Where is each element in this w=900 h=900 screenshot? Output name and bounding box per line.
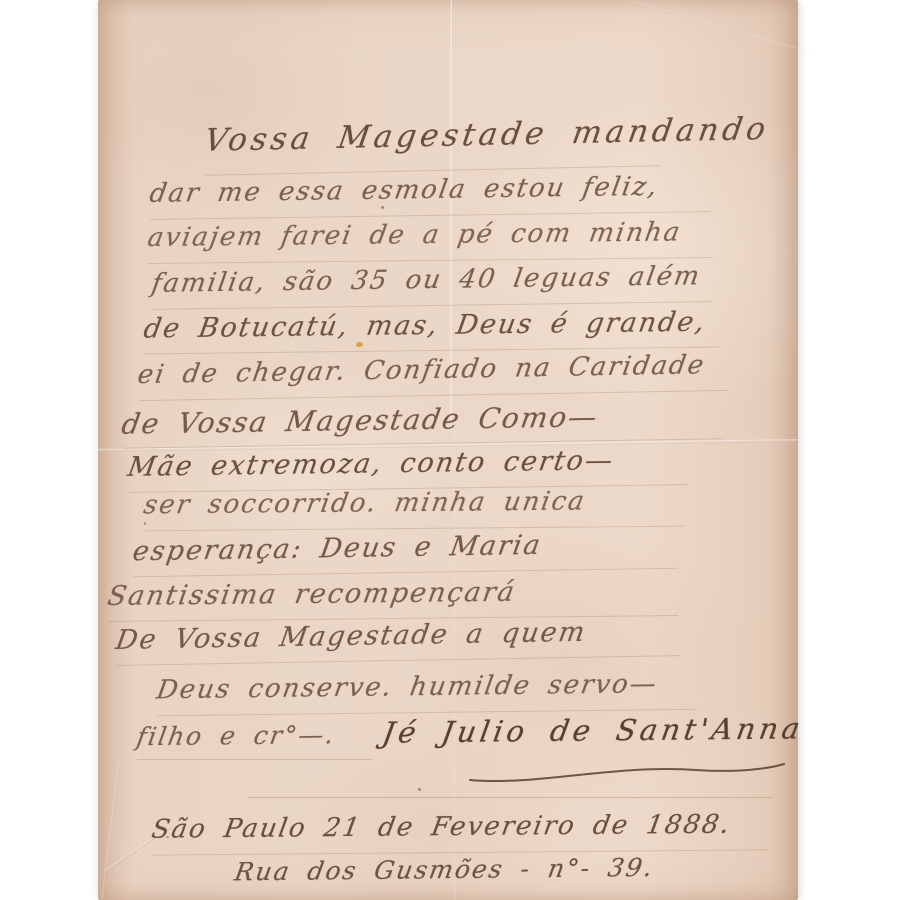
handwriting-text: ser soccorrido. minha unica [141, 486, 588, 520]
handwriting-line: esperança: Deus e Maria [133, 528, 679, 578]
handwriting-text: De Vossa Magestade a quem [113, 617, 588, 656]
handwriting-line: familia, são 35 ou 40 leguas além [152, 261, 713, 310]
handwriting-line: De Vossa Magestade a quem [116, 615, 682, 666]
handwriting-line: ei de chegar. Confiado na Caridade [138, 350, 729, 401]
handwriting-line: aviajem farei de a pé com minha [148, 217, 713, 264]
ruled-guide-line [137, 759, 372, 760]
handwriting-text: esperança: Deus e Maria [130, 530, 544, 568]
handwriting-line: dar me essa esmola estou feliz, [150, 171, 711, 220]
handwriting-text: ei de chegar. Confiado na Caridade [136, 350, 708, 390]
letter-paper: Vossa Magestade mandando dar me essa esm… [98, 0, 798, 900]
handwriting-line: ser soccorrido. minha unica [144, 486, 684, 532]
handwriting-text: dar me essa esmola estou feliz, [148, 172, 661, 209]
scanned-letter-photo: Vossa Magestade mandando dar me essa esm… [0, 0, 900, 900]
address-text: Rua dos Gusmões - n°- 39. [233, 853, 657, 886]
diagonal-crease [573, 0, 814, 54]
closing-text: filho e cr°—. [135, 720, 338, 751]
address-line: Rua dos Gusmões - n°- 39. [235, 853, 680, 896]
handwriting-line: de Vossa Magestade Como— [122, 398, 723, 448]
edge-crease [101, 758, 120, 899]
closing-and-signature-line: filho e cr°—.Jé Julio de Sant'Anna [137, 712, 757, 760]
handwriting-line: Santissima recompençará [108, 575, 678, 622]
date-text: São Paulo 21 de Fevereiro de 1888. [149, 810, 733, 845]
handwriting-text: de Botucatú, mas, Deus é grande, [141, 307, 708, 345]
signature-flourish [466, 760, 788, 786]
handwriting-text: aviajem farei de a pé com minha [145, 217, 683, 253]
signature: Jé Julio de Sant'Anna [381, 711, 807, 749]
ruled-guide-line [248, 797, 773, 798]
handwriting-line: Deus conserve. humilde servo— [157, 669, 697, 717]
handwriting-text: Vossa Magestade mandando [202, 111, 772, 159]
handwriting-text: familia, são 35 ou 40 leguas além [150, 261, 704, 299]
handwriting-text: de Vossa Magestade Como— [119, 400, 601, 441]
paper-speck [418, 788, 421, 791]
handwriting-line: Vossa Magestade mandando [204, 113, 660, 176]
date-line: São Paulo 21 de Fevereiro de 1888. [152, 809, 768, 855]
handwriting-text: Deus conserve. humilde servo— [154, 669, 660, 705]
handwriting-text: Mãe extremoza, conto certo— [125, 445, 616, 483]
handwriting-line: de Botucatú, mas, Deus é grande, [144, 306, 719, 354]
handwriting-text: Santissima recompençará [105, 577, 518, 612]
